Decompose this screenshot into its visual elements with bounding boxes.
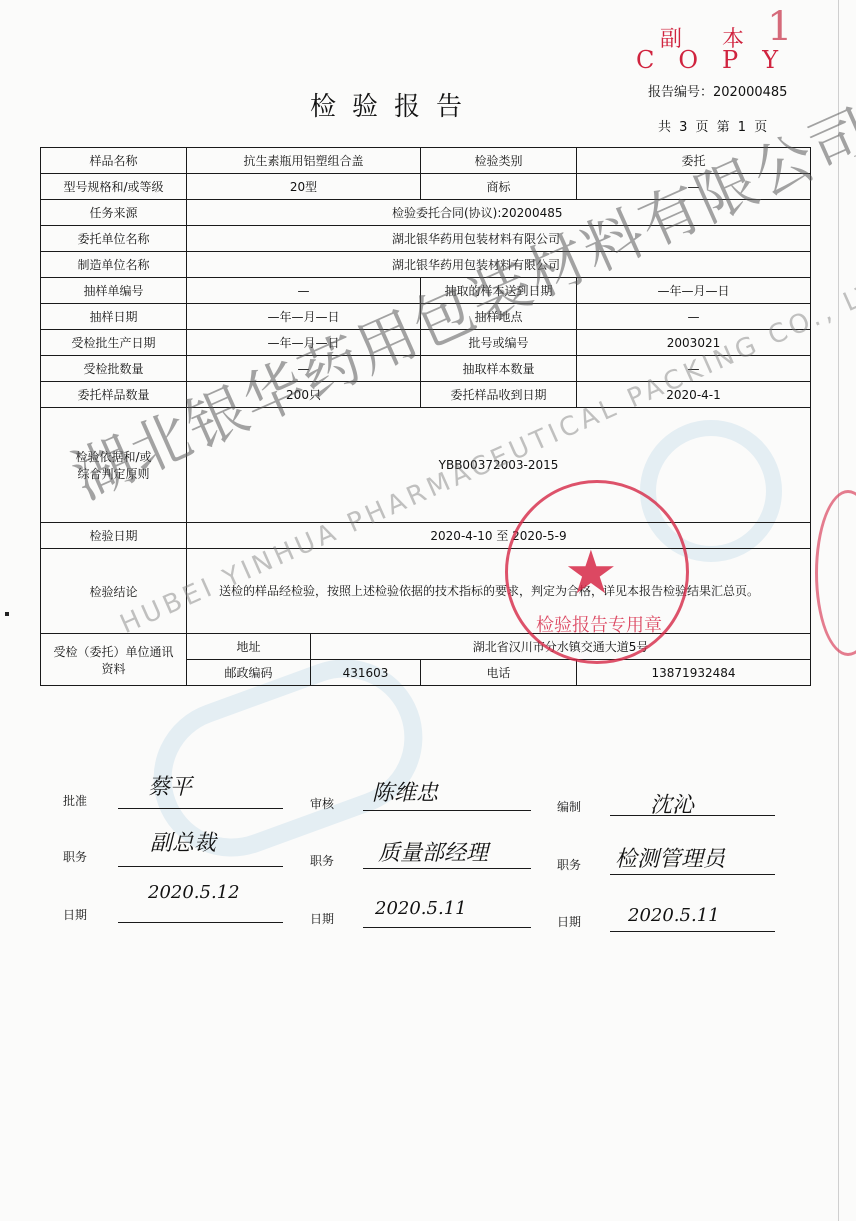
inspection-date-value: 2020-4-10 至 2020-5-9 bbox=[187, 523, 811, 549]
page-count: 共 3 页 第 1 页 bbox=[658, 116, 767, 135]
trademark-value: — bbox=[577, 174, 811, 200]
star-icon: ★ bbox=[564, 543, 618, 603]
model-spec-label: 型号规格和/或等级 bbox=[41, 174, 187, 200]
delivery-date-value: —年—月—日 bbox=[577, 278, 811, 304]
model-spec-value: 20型 bbox=[187, 174, 421, 200]
basis-label: 检验依据和/或 综合判定原则 bbox=[41, 408, 187, 523]
scan-speck bbox=[5, 612, 9, 616]
sampling-date-value: —年—月—日 bbox=[187, 304, 421, 330]
compile-title-label: 职务 bbox=[557, 856, 581, 873]
approve-date-label: 日期 bbox=[63, 906, 87, 923]
client-name-label: 委托单位名称 bbox=[41, 226, 187, 252]
phone-label: 电话 bbox=[421, 660, 577, 686]
partial-seal bbox=[815, 490, 856, 656]
client-name-value: 湖北银华药用包装材料有限公司 bbox=[187, 226, 811, 252]
sample-quantity-value: — bbox=[577, 356, 811, 382]
inspection-type-label: 检验类别 bbox=[421, 148, 577, 174]
approve-signature: 蔡平 bbox=[148, 770, 192, 801]
sample-name-value: 抗生素瓶用铝塑组合盖 bbox=[187, 148, 421, 174]
table-row: 样品名称 抗生素瓶用铝塑组合盖 检验类别 委托 bbox=[41, 148, 811, 174]
delivery-date-label: 抽取的样本送到日期 bbox=[421, 278, 577, 304]
review-date: 2020.5.11 bbox=[375, 898, 467, 919]
address-label: 地址 bbox=[187, 634, 311, 660]
conclusion-label: 检验结论 bbox=[41, 549, 187, 634]
sampling-location-label: 抽样地点 bbox=[421, 304, 577, 330]
compile-label: 编制 bbox=[557, 798, 581, 815]
report-table: 样品名称 抗生素瓶用铝塑组合盖 检验类别 委托 型号规格和/或等级 20型 商标… bbox=[40, 147, 811, 686]
manufacturer-value: 湖北银华药用包装材料有限公司 bbox=[187, 252, 811, 278]
postcode-label: 邮政编码 bbox=[187, 660, 311, 686]
sampling-order-label: 抽样单编号 bbox=[41, 278, 187, 304]
review-title-line bbox=[363, 868, 531, 869]
production-date-value: —年—月—日 bbox=[187, 330, 421, 356]
table-row: 检验结论 送检的样品经检验，按照上述检验依据的技术指标的要求，判定为合格，详见本… bbox=[41, 549, 811, 634]
manufacturer-label: 制造单位名称 bbox=[41, 252, 187, 278]
contact-label: 受检（委托）单位通讯资料 bbox=[41, 634, 187, 686]
sampling-order-value: — bbox=[187, 278, 421, 304]
approve-date-line bbox=[118, 922, 283, 923]
table-row: 受检批数量 — 抽取样本数量 — bbox=[41, 356, 811, 382]
conclusion-value: 送检的样品经检验，按照上述检验依据的技术指标的要求，判定为合格，详见本报告检验结… bbox=[187, 549, 811, 634]
table-row: 型号规格和/或等级 20型 商标 — bbox=[41, 174, 811, 200]
review-label: 审核 bbox=[310, 795, 334, 812]
page-title: 检验报告 bbox=[310, 86, 478, 123]
basis-value: YBB00372003-2015 bbox=[187, 408, 811, 523]
phone-value: 13871932484 bbox=[577, 660, 811, 686]
approve-title-line bbox=[118, 866, 283, 867]
task-source-value: 检验委托合同(协议):20200485 bbox=[187, 200, 811, 226]
table-row: 抽样日期 —年—月—日 抽样地点 — bbox=[41, 304, 811, 330]
table-row: 检验日期 2020-4-10 至 2020-5-9 bbox=[41, 523, 811, 549]
inspection-seal: ★ 检验报告专用章 bbox=[505, 480, 689, 664]
table-row: 检验依据和/或 综合判定原则 YBB00372003-2015 bbox=[41, 408, 811, 523]
compile-date-label: 日期 bbox=[557, 913, 581, 930]
compile-title-line bbox=[610, 874, 775, 875]
received-date-label: 委托样品收到日期 bbox=[421, 382, 577, 408]
trademark-label: 商标 bbox=[421, 174, 577, 200]
review-signature: 陈维忠 bbox=[372, 776, 438, 807]
review-date-line bbox=[363, 927, 531, 928]
batch-quantity-label: 受检批数量 bbox=[41, 356, 187, 382]
review-line bbox=[363, 810, 531, 811]
review-title-label: 职务 bbox=[310, 852, 334, 869]
report-number: 报告编号：202000485 bbox=[648, 81, 787, 100]
table-row: 任务来源 检验委托合同(协议):20200485 bbox=[41, 200, 811, 226]
received-date-value: 2020-4-1 bbox=[577, 382, 811, 408]
sample-name-label: 样品名称 bbox=[41, 148, 187, 174]
review-date-label: 日期 bbox=[310, 910, 334, 927]
batch-no-label: 批号或编号 bbox=[421, 330, 577, 356]
compile-date: 2020.5.11 bbox=[628, 905, 720, 926]
approve-label: 批准 bbox=[63, 792, 87, 809]
table-row: 受检批生产日期 —年—月—日 批号或编号 2003021 bbox=[41, 330, 811, 356]
entrusted-quantity-value: 200只 bbox=[187, 382, 421, 408]
inspection-date-label: 检验日期 bbox=[41, 523, 187, 549]
compile-title: 检测管理员 bbox=[615, 842, 725, 873]
production-date-label: 受检批生产日期 bbox=[41, 330, 187, 356]
compile-date-line bbox=[610, 931, 775, 932]
table-row: 受检（委托）单位通讯资料 地址 湖北省汉川市分水镇交通大道5号 bbox=[41, 634, 811, 660]
approve-date: 2020.5.12 bbox=[148, 882, 240, 903]
task-source-label: 任务来源 bbox=[41, 200, 187, 226]
copy-stamp: 副本 1 COPY bbox=[630, 8, 800, 78]
inspection-type-value: 委托 bbox=[577, 148, 811, 174]
review-title: 质量部经理 bbox=[378, 836, 488, 867]
compile-line bbox=[610, 815, 775, 816]
batch-quantity-value: — bbox=[187, 356, 421, 382]
approve-line bbox=[118, 808, 283, 809]
seal-text: 检验报告专用章 bbox=[536, 611, 662, 637]
copy-stamp-number: 1 bbox=[767, 4, 792, 50]
copy-stamp-en: COPY bbox=[636, 46, 802, 74]
batch-no-value: 2003021 bbox=[577, 330, 811, 356]
table-row: 抽样单编号 — 抽取的样本送到日期 —年—月—日 bbox=[41, 278, 811, 304]
table-row: 委托样品数量 200只 委托样品收到日期 2020-4-1 bbox=[41, 382, 811, 408]
sampling-location-value: — bbox=[577, 304, 811, 330]
sample-quantity-label: 抽取样本数量 bbox=[421, 356, 577, 382]
sampling-date-label: 抽样日期 bbox=[41, 304, 187, 330]
table-row: 委托单位名称 湖北银华药用包装材料有限公司 bbox=[41, 226, 811, 252]
approve-title-label: 职务 bbox=[63, 848, 87, 865]
postcode-value: 431603 bbox=[311, 660, 421, 686]
approve-title: 副总裁 bbox=[150, 826, 216, 857]
entrusted-quantity-label: 委托样品数量 bbox=[41, 382, 187, 408]
table-row: 制造单位名称 湖北银华药用包装材料有限公司 bbox=[41, 252, 811, 278]
